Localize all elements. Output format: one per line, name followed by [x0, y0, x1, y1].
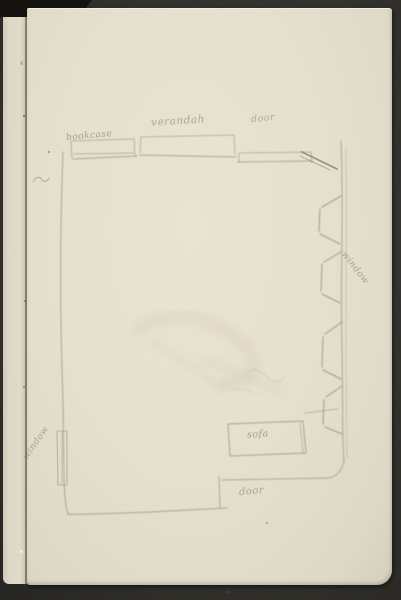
label-bottom-door: door [239, 485, 265, 498]
erased-smudge [135, 317, 280, 392]
label-sofa: sofa [247, 428, 269, 440]
window-bays [305, 196, 342, 434]
left-wall-opening [57, 431, 67, 485]
floor-plan-sketch [0, 0, 401, 600]
sketchbook-photo: bookcase verandah door window window sof… [0, 0, 401, 600]
